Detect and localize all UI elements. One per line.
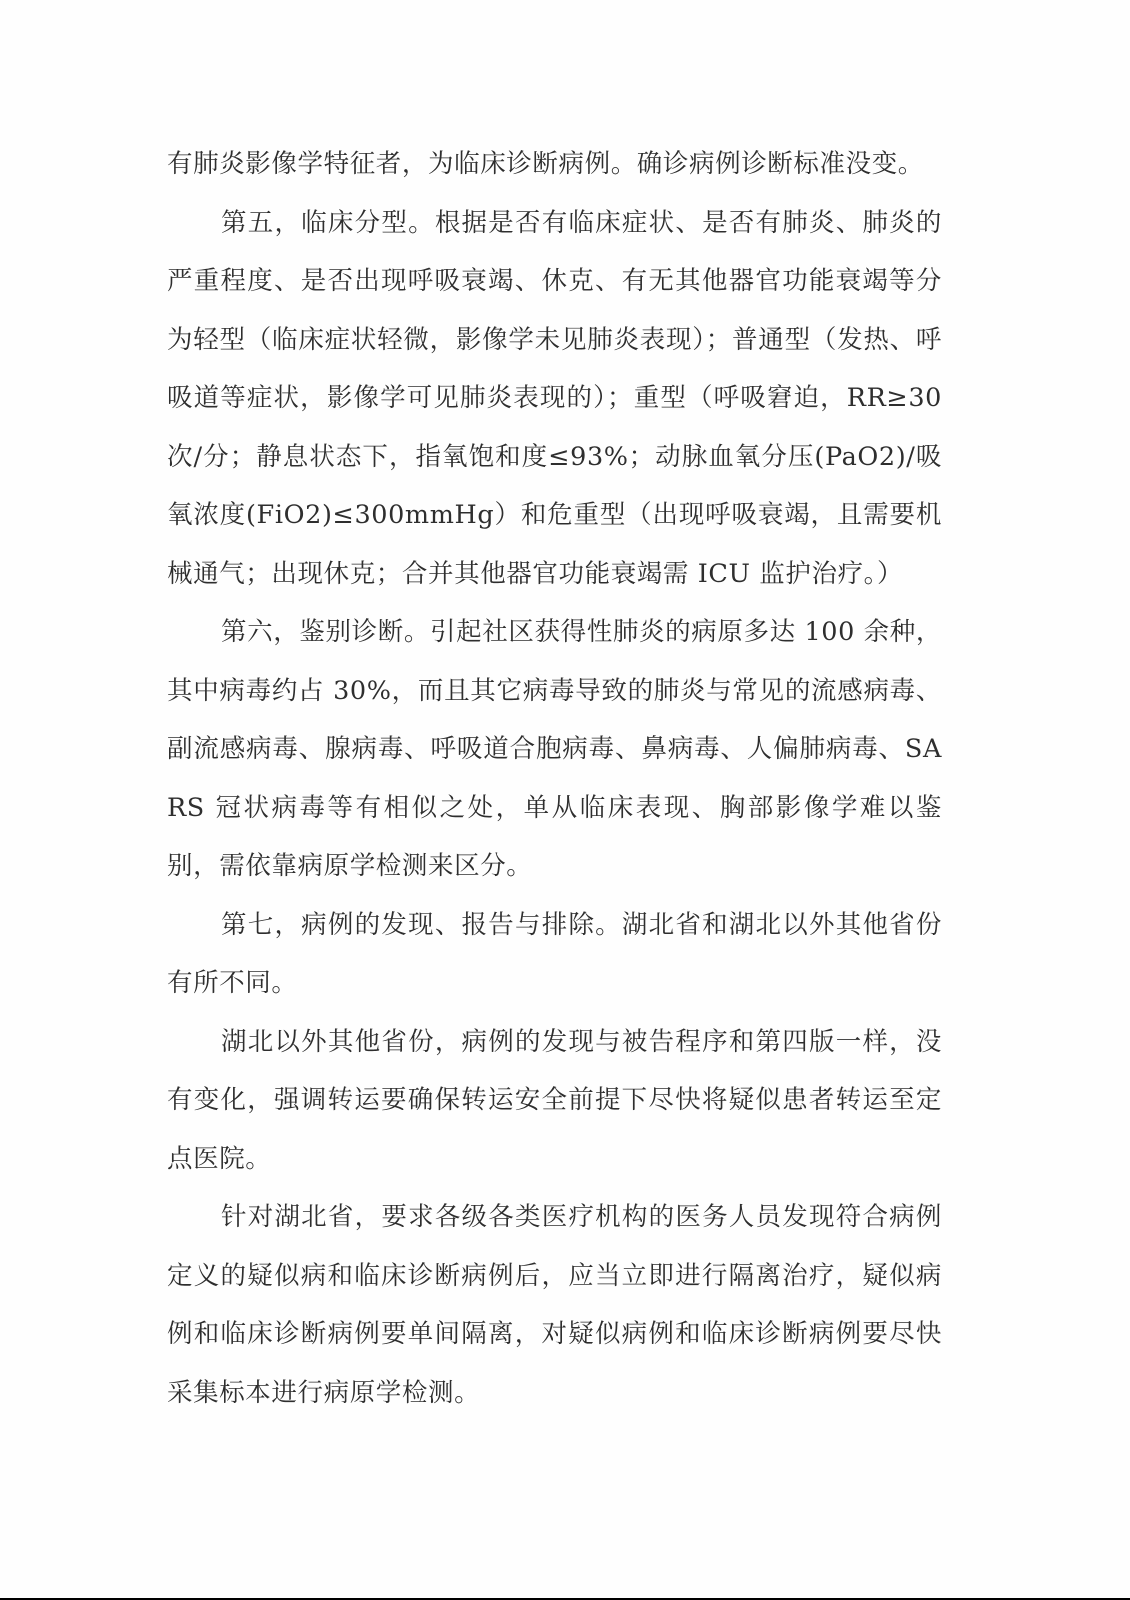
paragraph-diagnosis-continuation: 有肺炎影像学特征者，为临床诊断病例。确诊病例诊断标准没变。 <box>167 135 942 194</box>
document-page: 有肺炎影像学特征者，为临床诊断病例。确诊病例诊断标准没变。 第五，临床分型。根据… <box>0 0 1130 1598</box>
paragraph-hubei-province: 针对湖北省，要求各级各类医疗机构的医务人员发现符合病例定义的疑似病和临床诊断病例… <box>167 1188 942 1422</box>
paragraph-other-provinces: 湖北以外其他省份，病例的发现与被告程序和第四版一样，没有变化，强调转运要确保转运… <box>167 1013 942 1189</box>
paragraph-clinical-classification: 第五，临床分型。根据是否有临床症状、是否有肺炎、肺炎的严重程度、是否出现呼吸衰竭… <box>167 194 942 604</box>
document-body: 有肺炎影像学特征者，为临床诊断病例。确诊病例诊断标准没变。 第五，临床分型。根据… <box>167 135 942 1422</box>
paragraph-case-discovery-reporting: 第七，病例的发现、报告与排除。湖北省和湖北以外其他省份有所不同。 <box>167 896 942 1013</box>
paragraph-differential-diagnosis: 第六，鉴别诊断。引起社区获得性肺炎的病原多达 100 余种，其中病毒约占 30%… <box>167 603 942 896</box>
